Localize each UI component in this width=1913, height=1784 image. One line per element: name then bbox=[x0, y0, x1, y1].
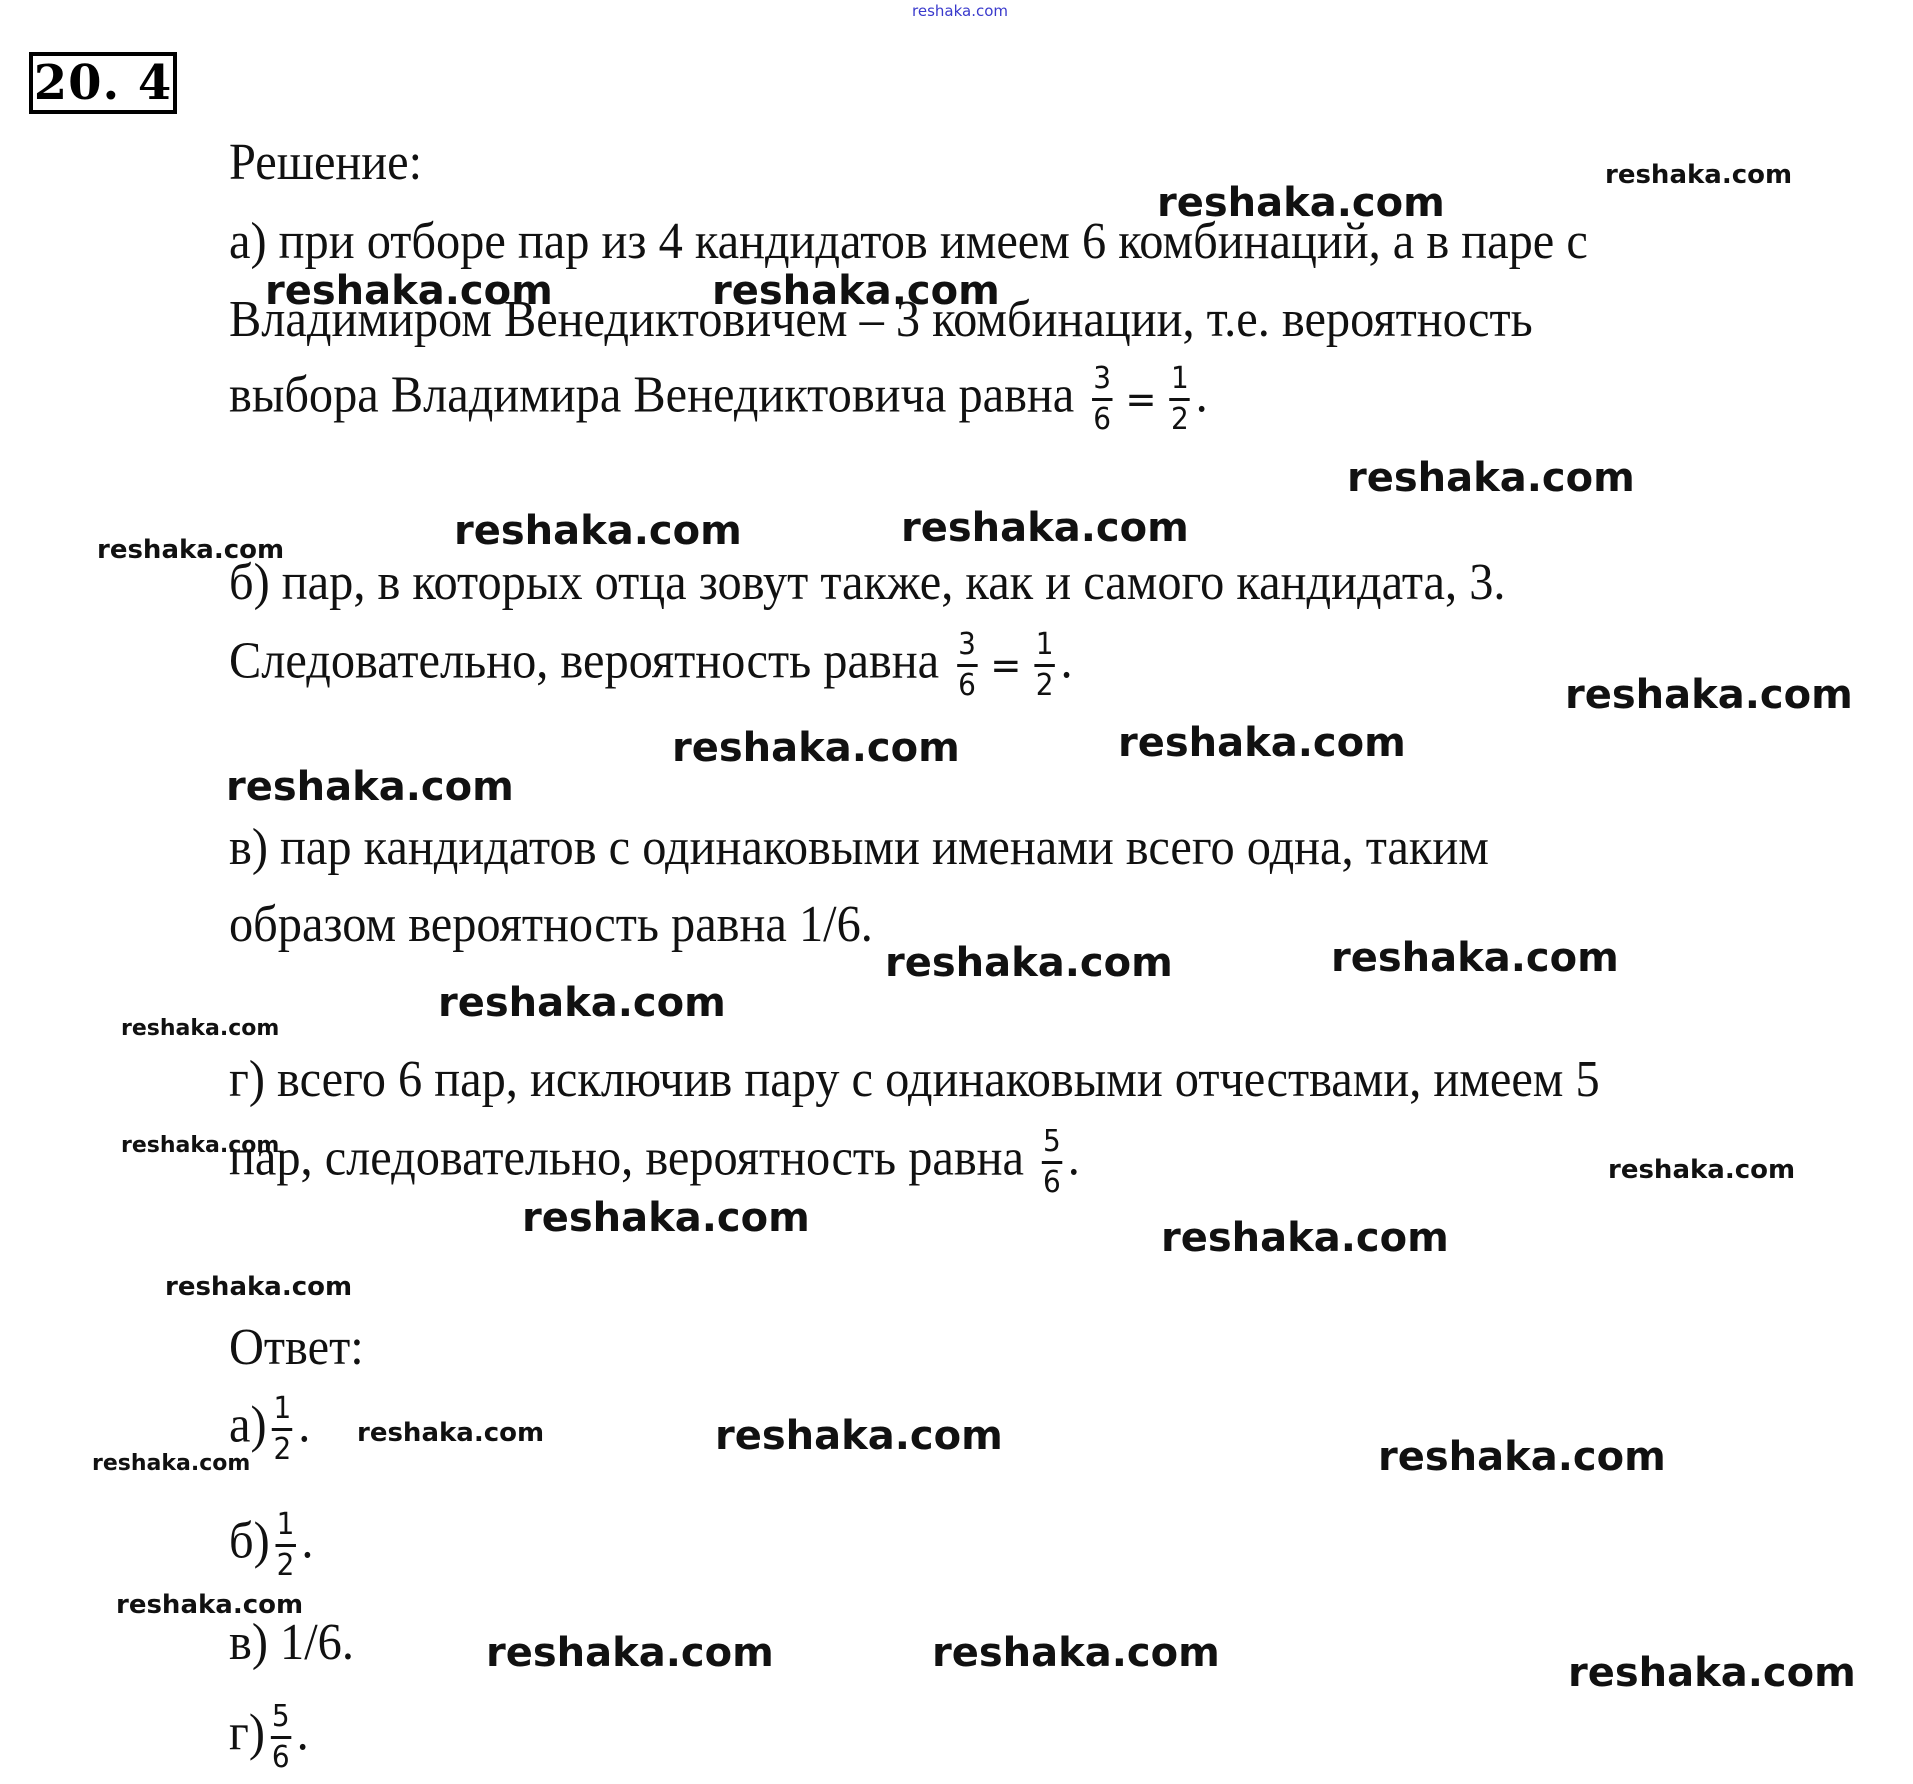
denominator: 2 bbox=[274, 1433, 292, 1467]
fraction-bar bbox=[957, 664, 977, 667]
watermark: reshaka.com bbox=[121, 1133, 279, 1158]
answer-b-label: б) bbox=[229, 1512, 270, 1569]
watermark: reshaka.com bbox=[1378, 1434, 1666, 1480]
watermark: reshaka.com bbox=[715, 1413, 1003, 1459]
watermark: reshaka.com bbox=[1565, 672, 1853, 718]
denominator: 6 bbox=[1093, 403, 1111, 437]
fraction-bar bbox=[272, 1428, 292, 1431]
period: . bbox=[1060, 632, 1072, 689]
denominator: 6 bbox=[272, 1741, 290, 1775]
watermark: reshaka.com bbox=[885, 940, 1173, 986]
watermark: reshaka.com bbox=[265, 268, 553, 314]
denominator: 6 bbox=[958, 669, 976, 703]
equals-sign: = bbox=[1125, 377, 1156, 423]
equals-sign: = bbox=[990, 643, 1021, 689]
numerator: 1 bbox=[1036, 628, 1054, 662]
watermark: reshaka.com bbox=[1157, 180, 1445, 226]
period: . bbox=[301, 1512, 313, 1569]
fraction: 36 bbox=[1092, 362, 1112, 437]
denominator: 2 bbox=[1171, 403, 1189, 437]
watermark: reshaka.com bbox=[165, 1272, 352, 1302]
solution-v-line1: в) пар кандидатов с одинаковыми именами … bbox=[229, 818, 1489, 877]
watermark: reshaka.com bbox=[932, 1630, 1220, 1676]
period: . bbox=[1068, 1129, 1080, 1186]
watermark: reshaka.com bbox=[1118, 720, 1406, 766]
watermark: reshaka.com bbox=[454, 508, 742, 554]
fraction: 56 bbox=[1042, 1125, 1062, 1200]
fraction-bar bbox=[1034, 664, 1054, 667]
numerator: 3 bbox=[1093, 362, 1111, 396]
fraction-bar bbox=[1042, 1161, 1062, 1164]
denominator: 2 bbox=[1036, 669, 1054, 703]
watermark: reshaka.com bbox=[712, 268, 1000, 314]
solution-title: Решение: bbox=[229, 133, 422, 192]
solution-v-line2: образом вероятность равна 1/6. bbox=[229, 895, 873, 954]
watermark: reshaka.com bbox=[438, 980, 726, 1026]
numerator: 5 bbox=[272, 1700, 290, 1734]
answer-a-label: а) bbox=[229, 1396, 267, 1453]
answer-v: в) 1/6. bbox=[229, 1613, 354, 1672]
watermark: reshaka.com bbox=[1608, 1155, 1795, 1185]
problem-number: 20. 4 bbox=[29, 52, 177, 114]
numerator: 1 bbox=[277, 1508, 295, 1542]
answer-b: б)12. bbox=[229, 1508, 313, 1583]
watermark: reshaka.com bbox=[901, 505, 1189, 551]
watermark: reshaka.com bbox=[1161, 1215, 1449, 1261]
watermark: reshaka.com bbox=[97, 535, 284, 565]
watermark: reshaka.com bbox=[486, 1630, 774, 1676]
solution-b-line1: б) пар, в которых отца зовут также, как … bbox=[229, 553, 1505, 612]
watermark: reshaka.com bbox=[357, 1418, 544, 1448]
watermark: reshaka.com bbox=[116, 1590, 303, 1620]
period: . bbox=[297, 1704, 309, 1761]
numerator: 3 bbox=[958, 628, 976, 662]
fraction-bar bbox=[271, 1736, 291, 1739]
solution-a-line3-text: выбора Владимира Венедиктовича равна bbox=[229, 366, 1074, 423]
fraction-bar bbox=[275, 1544, 295, 1547]
fraction: 56 bbox=[271, 1700, 291, 1775]
fraction: 12 bbox=[1034, 628, 1054, 703]
solution-b-line2: Следовательно, вероятность равна 36=12. bbox=[229, 628, 1073, 703]
answer-title: Ответ: bbox=[229, 1318, 364, 1377]
watermark: reshaka.com bbox=[672, 725, 960, 771]
watermark: reshaka.com bbox=[1331, 935, 1619, 981]
solution-g-line2: пар, следовательно, вероятность равна 56… bbox=[229, 1125, 1080, 1200]
fraction-bar bbox=[1092, 398, 1112, 401]
denominator: 6 bbox=[1043, 1166, 1061, 1200]
watermark: reshaka.com bbox=[1347, 455, 1635, 501]
solution-a-line3: выбора Владимира Венедиктовича равна 36=… bbox=[229, 362, 1208, 437]
period: . bbox=[1196, 366, 1208, 423]
watermark: reshaka.com bbox=[1605, 160, 1792, 190]
fraction-bar bbox=[1170, 398, 1190, 401]
fraction: 12 bbox=[272, 1392, 292, 1467]
numerator: 1 bbox=[1171, 362, 1189, 396]
solution-b-line2-text: Следовательно, вероятность равна bbox=[229, 632, 939, 689]
numerator: 5 bbox=[1043, 1125, 1061, 1159]
watermark: reshaka.com bbox=[226, 764, 514, 810]
site-watermark-top: reshaka.com bbox=[912, 2, 1008, 20]
period: . bbox=[298, 1396, 310, 1453]
answer-g-label: г) bbox=[229, 1704, 265, 1761]
solution-g-line2-text: пар, следовательно, вероятность равна bbox=[229, 1129, 1024, 1186]
watermark: reshaka.com bbox=[121, 1016, 279, 1041]
watermark: reshaka.com bbox=[1568, 1650, 1856, 1696]
fraction: 36 bbox=[957, 628, 977, 703]
watermark: reshaka.com bbox=[92, 1451, 250, 1476]
denominator: 2 bbox=[277, 1549, 295, 1583]
fraction: 12 bbox=[1170, 362, 1190, 437]
numerator: 1 bbox=[274, 1392, 292, 1426]
watermark: reshaka.com bbox=[522, 1195, 810, 1241]
fraction: 12 bbox=[275, 1508, 295, 1583]
solution-g-line1: г) всего 6 пар, исключив пару с одинаков… bbox=[229, 1050, 1600, 1109]
answer-g: г)56. bbox=[229, 1700, 309, 1775]
